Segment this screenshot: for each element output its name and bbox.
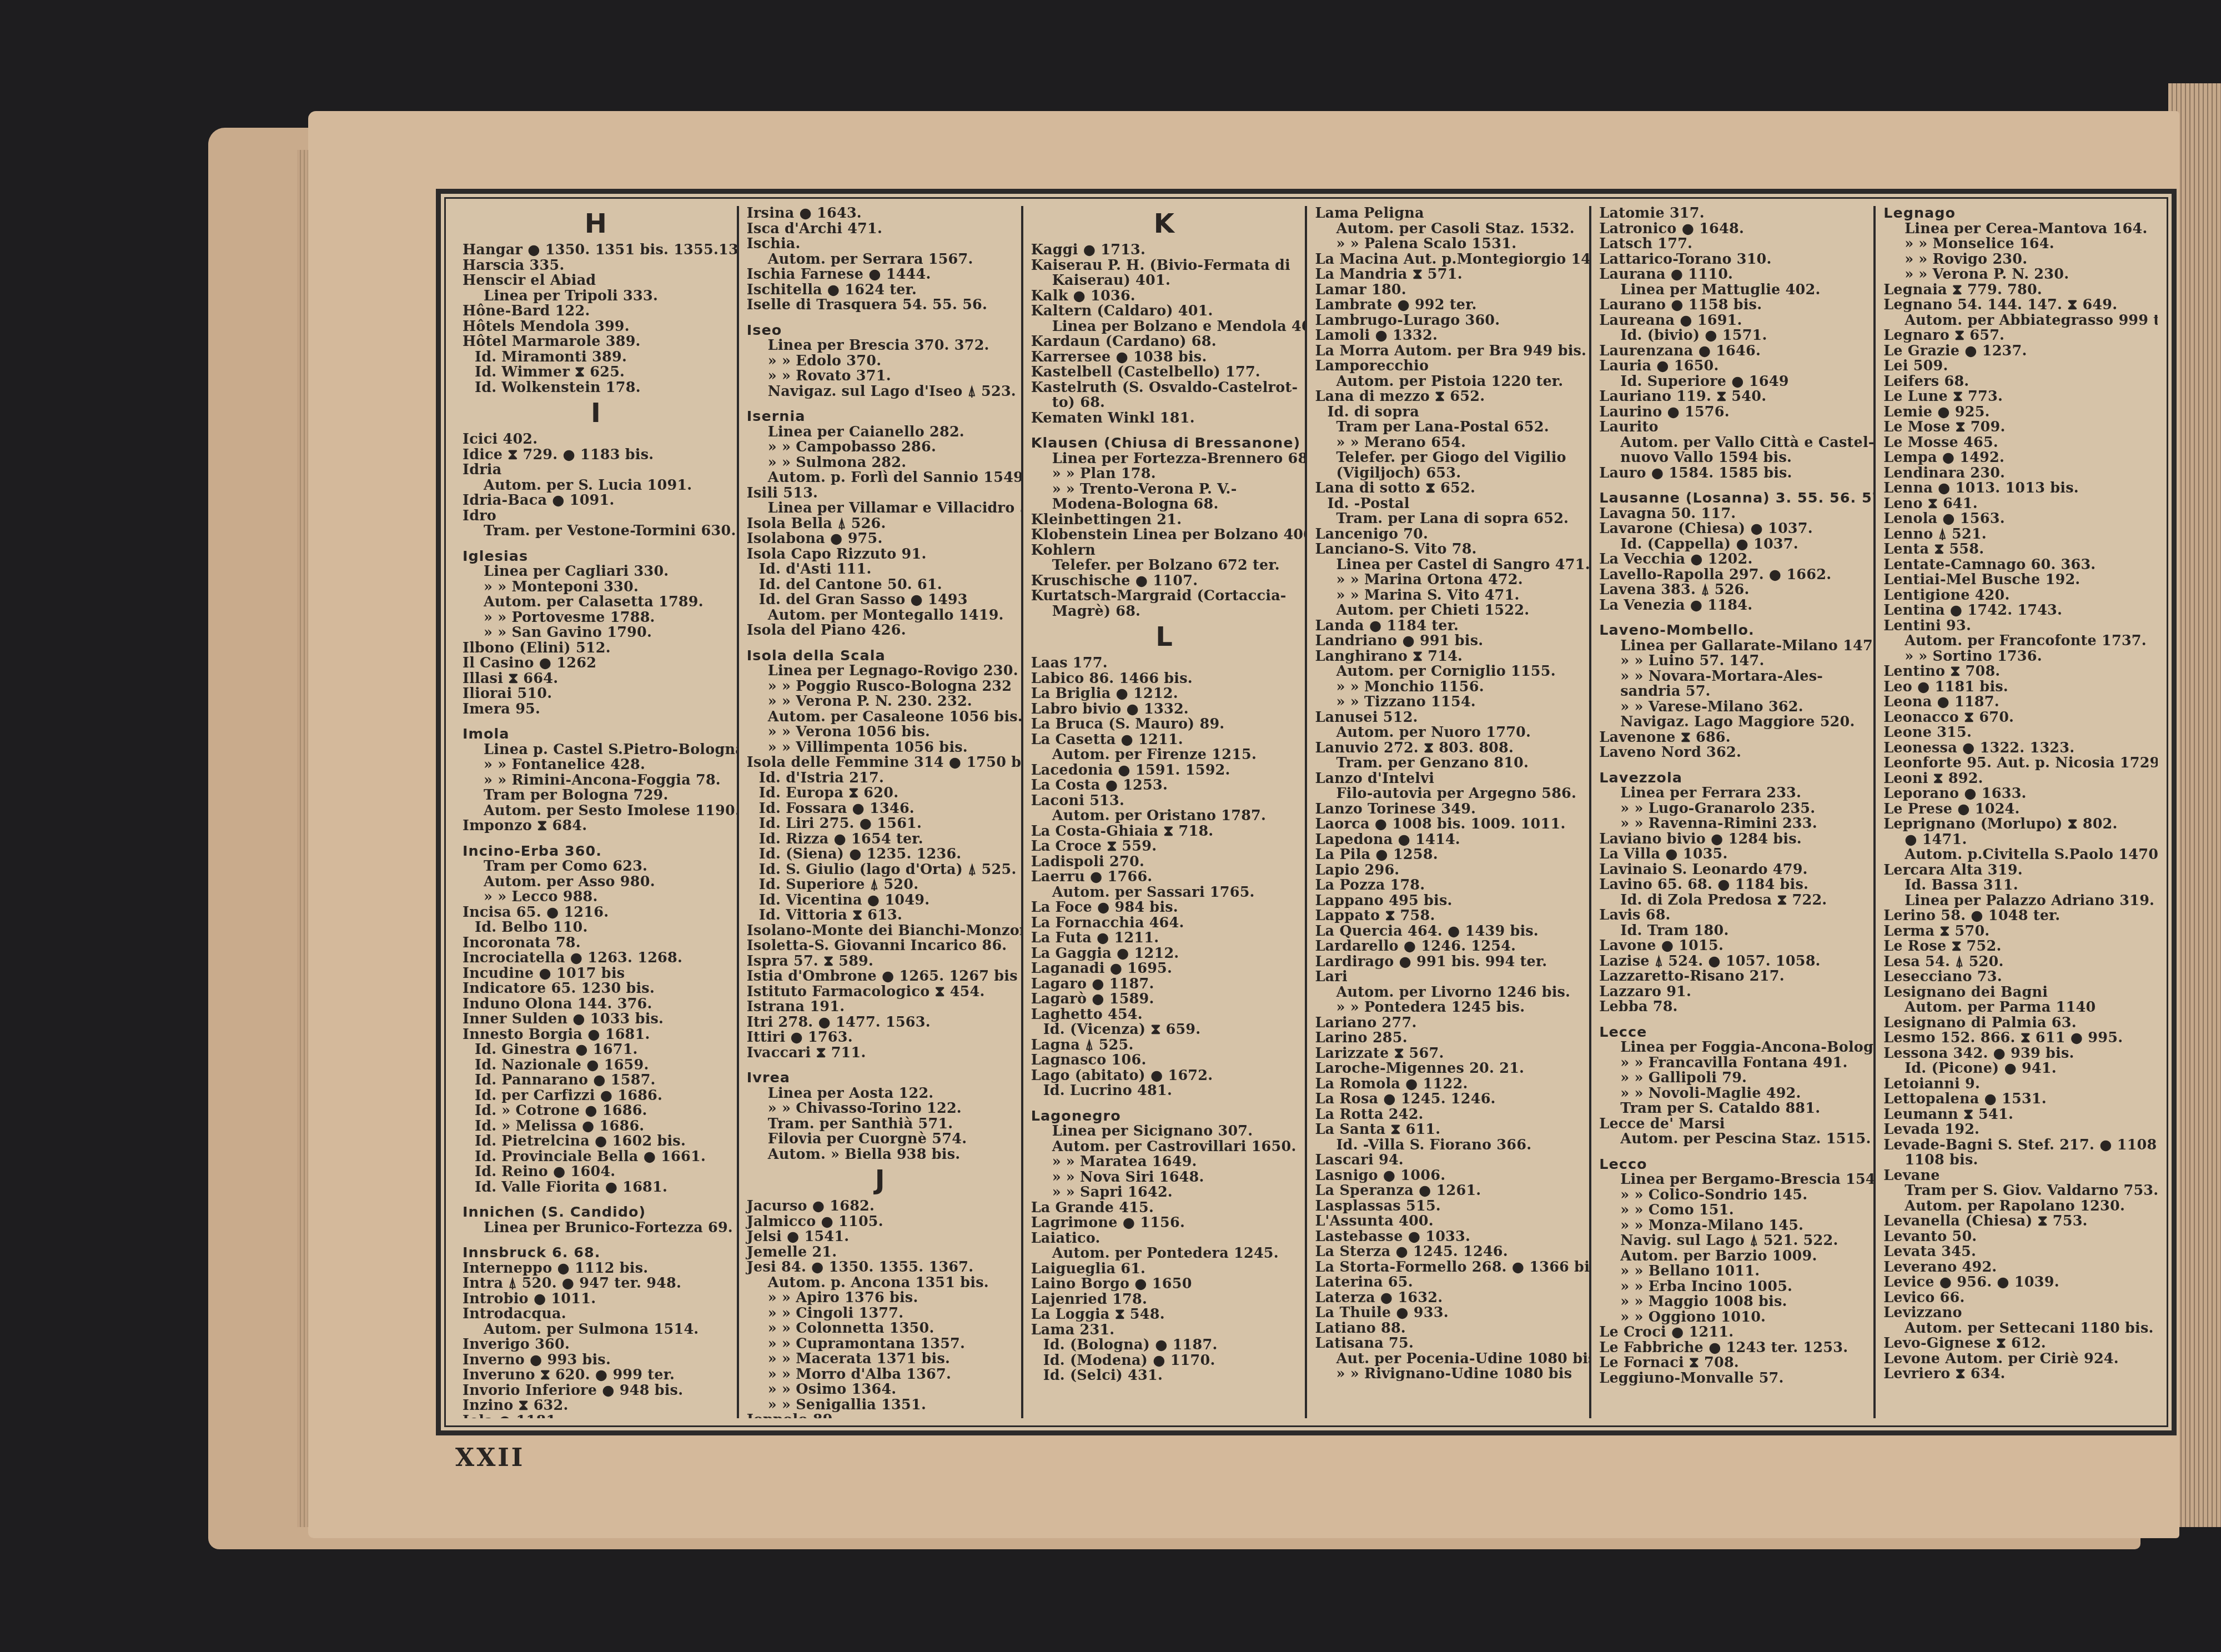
sub-entry: Autom. per Corniglio 1155. <box>1315 664 1581 680</box>
station-entry: Introbio ● 1011. <box>463 1292 729 1307</box>
sub-entry: » » Rivignano-Udine 1080 bis <box>1315 1367 1581 1382</box>
sub-entry: Id. Provinciale Bella ● 1661. <box>463 1149 729 1165</box>
station-entry: Larino 285. <box>1315 1031 1581 1046</box>
station-entry: Laurano ● 1158 bis. <box>1599 298 1866 313</box>
sub-entry: Id. Valle Fiorita ● 1681. <box>463 1180 729 1196</box>
station-heading: Imola <box>463 727 729 742</box>
station-entry: Levico 66. <box>1883 1291 2150 1306</box>
station-heading: Incino-Erba 360. <box>463 844 729 860</box>
station-entry: Legnano 54. 144. 147. ⧗ 649. <box>1883 298 2150 313</box>
station-entry: Lamoli ● 1332. <box>1315 328 1581 344</box>
station-entry: La Casetta ● 1211. <box>1031 732 1298 748</box>
sub-entry: » » Sulmona 282. <box>747 455 1013 471</box>
station-entry: Lardirago ● 991 bis. 994 ter. <box>1315 955 1581 970</box>
sub-entry: Id. Miramonti 389. <box>463 350 729 365</box>
station-entry: Leo ● 1181 bis. <box>1883 680 2150 695</box>
sub-entry: Id. (bivio) ● 1571. <box>1599 328 1866 344</box>
station-entry: La Costa-Ghiaia ⧗ 718. <box>1031 824 1298 840</box>
sub-entry: Id. » Melissa ● 1686. <box>463 1119 729 1134</box>
station-entry: Lavino 65. 68. ● 1184 bis. <box>1599 877 1866 893</box>
station-entry: Laiatico. <box>1031 1231 1298 1247</box>
station-entry: Intra ⍋ 520. ● 947 ter. 948. <box>463 1276 729 1292</box>
station-heading: Lecco <box>1599 1157 1866 1173</box>
station-entry: La Mandria ⧗ 571. <box>1315 267 1581 283</box>
station-entry: Lagrimone ● 1156. <box>1031 1216 1298 1231</box>
station-heading: Innsbruck 6. 68. <box>463 1246 729 1261</box>
sub-entry: Id. (Selci) 431. <box>1031 1368 1298 1384</box>
sub-entry: Autom. p. Ancona 1351 bis. <box>747 1276 1013 1291</box>
station-entry: Latiano 88. <box>1315 1321 1581 1337</box>
sub-entry: Linea per Cerea-Mantova 164. <box>1883 222 2150 237</box>
sub-entry: Id. Bassa 311. <box>1883 878 2150 893</box>
station-entry: Latisana 75. <box>1315 1336 1581 1352</box>
station-entry: Iliorai 510. <box>463 686 729 702</box>
station-entry: Lentini 93. <box>1883 619 2150 634</box>
sub-entry: » » Lugo-Granarolo 235. <box>1599 801 1866 817</box>
sub-entry: Tram per S. Cataldo 881. <box>1599 1101 1866 1117</box>
station-entry: Leonforte 95. Aut. p. Nicosia 1729. <box>1883 756 2150 771</box>
station-heading: Isola della Scala <box>747 649 1013 664</box>
station-entry: La Morra Autom. per Bra 949 bis. <box>1315 344 1581 359</box>
sub-entry: » » Fontanelice 428. <box>463 757 729 773</box>
station-entry: Lacedonia ● 1591. 1592. <box>1031 763 1298 779</box>
station-entry: Joppolo 89. <box>747 1413 1013 1418</box>
station-heading: Lagonegro <box>1031 1109 1298 1124</box>
station-entry: Inverigo 360. <box>463 1337 729 1353</box>
station-entry: Lavagna 50. 117. <box>1599 506 1866 522</box>
station-entry: Lappato ⧗ 758. <box>1315 908 1581 924</box>
station-entry: Idria <box>463 463 729 478</box>
station-entry: Le Croci ● 1211. <box>1599 1325 1866 1340</box>
sub-entry: Telefer. per Bolzano 672 ter. <box>1031 558 1298 574</box>
station-entry: Lauro ● 1584. 1585 bis. <box>1599 466 1866 481</box>
station-entry: Laterina 65. <box>1315 1275 1581 1291</box>
sub-entry: » » Maggio 1008 bis. <box>1599 1294 1866 1310</box>
sub-entry: Linea per Fortezza-Brennero 68. <box>1031 451 1298 467</box>
station-entry: Indicatore 65. 1230 bis. <box>463 981 729 997</box>
sub-entry: Linea per Villamar e Villacidro 515. <box>747 501 1013 516</box>
station-entry: Landa ● 1184 ter. <box>1315 619 1581 634</box>
sub-entry: Tram. per Vestone-Tormini 630. <box>463 524 729 539</box>
station-entry: Legnaia ⧗ 779. 780. <box>1883 283 2150 298</box>
sub-entry: Id. Superiore ● 1649 <box>1599 374 1866 390</box>
station-entry: Inveruno ⧗ 620. ● 999 ter. <box>463 1368 729 1383</box>
sub-entry: Id. Reino ● 1604. <box>463 1164 729 1180</box>
sub-entry: Linea per Sicignano 307. <box>1031 1124 1298 1139</box>
station-entry: Istrana 191. <box>747 1000 1013 1015</box>
sub-entry: » » Plan 178. <box>1031 466 1298 482</box>
station-entry: Le Grazie ● 1237. <box>1883 344 2150 359</box>
station-entry: Lastebasse ● 1033. <box>1315 1229 1581 1245</box>
entry-spacer <box>463 539 729 549</box>
station-entry: La Thuile ● 933. <box>1315 1305 1581 1321</box>
station-entry: Lasplassas 515. <box>1315 1199 1581 1214</box>
sub-entry: Id. del Gran Sasso ● 1493 <box>747 592 1013 608</box>
sub-entry: » » Como 151. <box>1599 1203 1866 1218</box>
station-entry: La Bruca (S. Mauro) 89. <box>1031 717 1298 732</box>
station-entry: Laurino ● 1576. <box>1599 405 1866 420</box>
station-entry: Lascari 94. <box>1315 1153 1581 1168</box>
sub-entry: Id. S. Giulio (lago d'Orta) ⍋ 525. <box>747 862 1013 878</box>
station-entry: La Pozza 178. <box>1315 878 1581 893</box>
station-entry: Ischia Farnese ● 1444. <box>747 267 1013 283</box>
sub-entry: Linea per Legnago-Rovigo 230. <box>747 664 1013 679</box>
sub-entry: Id. (Bologna) ● 1187. <box>1031 1338 1298 1353</box>
station-entry: Laas 177. <box>1031 656 1298 671</box>
sub-entry: Linea per Foggia-Ancona-Bologna 78 <box>1599 1040 1866 1056</box>
station-entry: Levanto 50. <box>1883 1229 2150 1245</box>
station-entry: La Rosa ● 1245. 1246. <box>1315 1092 1581 1107</box>
sub-entry: Id. (Siena) ● 1235. 1236. <box>747 847 1013 862</box>
station-entry: Le Prese ● 1024. <box>1883 802 2150 817</box>
station-entry: Laveno Nord 362. <box>1599 745 1866 761</box>
station-entry: La Briglia ● 1212. <box>1031 686 1298 702</box>
station-entry: Isolano-Monte dei Bianchi-Monzone 238. <box>747 923 1013 939</box>
sub-entry: Autom. per Livorno 1246 bis. <box>1315 985 1581 1001</box>
sub-entry: Modena-Bologna 68. <box>1031 497 1298 513</box>
station-entry: Lei 509. <box>1883 359 2150 374</box>
station-entry: Incrociatella ● 1263. 1268. <box>463 951 729 966</box>
entry-spacer <box>1599 1015 1866 1025</box>
sub-entry: Id. di Zola Predosa ⧗ 722. <box>1599 893 1866 908</box>
station-entry: Lattarico-Torano 310. <box>1599 252 1866 268</box>
station-entry: Laurana ● 1110. <box>1599 267 1866 283</box>
station-entry: Lesa 54. ⍋ 520. <box>1883 955 2150 970</box>
station-entry: Lesmo 152. 866. ⧗ 611 ● 995. <box>1883 1031 2150 1046</box>
station-entry: Kruschische ● 1107. <box>1031 574 1298 589</box>
sub-entry: Autom. per Pescina Staz. 1515. <box>1599 1132 1866 1147</box>
station-entry: Karrersee ● 1038 bis. <box>1031 350 1298 365</box>
sub-entry: » » Portovesme 1788. <box>463 610 729 626</box>
sub-entry: Navig. sul Lago ⍋ 521. 522. <box>1599 1233 1866 1249</box>
station-entry: Leverano 492. <box>1883 1260 2150 1276</box>
index-columns: HHangar ● 1350. 1351 bis. 1355.1367.Hars… <box>455 206 2158 1418</box>
station-entry: Invorio Inferiore ● 948 bis. <box>463 1383 729 1399</box>
sub-entry: Autom. per Pontedera 1245. <box>1031 1246 1298 1262</box>
station-entry: Leprignano (Morlupo) ⧗ 802. <box>1883 817 2150 832</box>
section-letter-heading: K <box>1031 209 1298 238</box>
station-entry: Legnaro ⧗ 657. <box>1883 328 2150 344</box>
sub-entry: Id. Europa ⧗ 620. <box>747 786 1013 801</box>
sub-entry: to) 68. <box>1031 395 1298 411</box>
sub-entry: Autom. per Calasetta 1789. <box>463 595 729 610</box>
station-entry: Labro bivio ● 1332. <box>1031 702 1298 717</box>
station-entry: Irsina ● 1643. <box>747 206 1013 222</box>
station-entry: Lavis 68. <box>1599 908 1866 923</box>
station-entry: Lavena 383. ⍋ 526. <box>1599 583 1866 598</box>
station-heading: Lavezzola <box>1599 771 1866 786</box>
sub-entry: Tram per Bologna 729. <box>463 788 729 804</box>
entry-spacer <box>1031 1099 1298 1109</box>
sub-entry: » » Rovato 371. <box>747 369 1013 384</box>
sub-entry: Id. Fossara ● 1346. <box>747 801 1013 817</box>
station-entry: Leona ● 1187. <box>1883 695 2150 710</box>
station-entry: Innesto Borgia ● 1681. <box>463 1027 729 1043</box>
station-heading: Lecce <box>1599 1025 1866 1041</box>
station-entry: Laerru ● 1766. <box>1031 870 1298 885</box>
station-entry: Letoianni 9. <box>1883 1077 2150 1092</box>
station-entry: Ladispoli 270. <box>1031 855 1298 870</box>
station-entry: Levriero ⧗ 634. <box>1883 1367 2150 1382</box>
station-entry: Lardarello ● 1246. 1254. <box>1315 939 1581 955</box>
station-entry: Illasi ⧗ 664. <box>463 671 729 687</box>
sub-entry: » » Novara-Mortara-Ales- <box>1599 669 1866 685</box>
sub-entry: Id. Pannarano ● 1587. <box>463 1073 729 1088</box>
sub-entry: » » Palena Scalo 1531. <box>1315 237 1581 252</box>
sub-entry: » » Sapri 1642. <box>1031 1185 1298 1201</box>
station-entry: Isola delle Femmine 314 ● 1750 bis. <box>747 755 1013 771</box>
station-entry: Ittiri ● 1763. <box>747 1030 1013 1046</box>
sub-entry: Autom. per Barzio 1009. <box>1599 1249 1866 1264</box>
sub-entry: Tram per Como 623. <box>463 859 729 875</box>
sub-entry: Autom. per Abbiategrasso 999 ter <box>1883 313 2150 329</box>
sub-entry: » » Oggiono 1010. <box>1599 1310 1866 1325</box>
sub-entry: Id. » Cotrone ● 1686. <box>463 1103 729 1119</box>
sub-entry: » » Cingoli 1377. <box>747 1306 1013 1322</box>
station-entry: Kaiserau P. H. (Bivio-Fermata di <box>1031 258 1298 274</box>
sub-entry: » » Novoli-Maglie 492. <box>1599 1086 1866 1102</box>
station-entry: Kurtatsch-Margraid (Cortaccia- <box>1031 589 1298 604</box>
sub-entry: Linea per Ferrara 233. <box>1599 786 1866 801</box>
station-entry: Lavinaio S. Leonardo 479. <box>1599 862 1866 878</box>
station-heading: Ivrea <box>747 1071 1013 1086</box>
station-entry: Lajenried 178. <box>1031 1292 1298 1308</box>
station-entry: Ivaccari ⧗ 711. <box>747 1046 1013 1061</box>
station-entry: La Fornacchia 464. <box>1031 916 1298 931</box>
station-entry: Imera 95. <box>463 702 729 717</box>
station-entry: Le Rose ⧗ 752. <box>1883 939 2150 955</box>
sub-entry: » » Colico-Sondrio 145. <box>1599 1188 1866 1203</box>
sub-entry: Id. d'Asti 111. <box>747 562 1013 578</box>
sub-entry: Kaiserau) 401. <box>1031 273 1298 289</box>
station-entry: Isili 513. <box>747 486 1013 501</box>
station-entry: Lentino ⧗ 708. <box>1883 664 2150 680</box>
station-entry: Kematen Winkl 181. <box>1031 411 1298 426</box>
sub-entry: Linea per Aosta 122. <box>747 1086 1013 1102</box>
station-entry: La Quercia 464. ● 1439 bis. <box>1315 924 1581 940</box>
sub-entry: » » Varese-Milano 362. <box>1599 700 1866 715</box>
sub-entry: Id. Wimmer ⧗ 625. <box>463 365 729 380</box>
station-entry: Langhirano ⧗ 714. <box>1315 649 1581 665</box>
station-entry: Lenna ● 1013. 1013 bis. <box>1883 481 2150 496</box>
sub-entry: Tram. per Lana di sopra 652. <box>1315 511 1581 527</box>
station-entry: Klobenstein Linea per Bolzano 400 <box>1031 528 1298 543</box>
sub-entry: » » Cupramontana 1357. <box>747 1337 1013 1352</box>
station-entry: Isola del Piano 426. <box>747 623 1013 639</box>
sub-entry: » » Osimo 1364. <box>747 1382 1013 1398</box>
station-entry: Levone Autom. per Ciriè 924. <box>1883 1352 2150 1367</box>
section-letter-heading: L <box>1031 622 1298 651</box>
entry-spacer <box>463 834 729 844</box>
station-entry: Le Lune ⧗ 773. <box>1883 389 2150 405</box>
sub-entry: » » Tizzano 1154. <box>1315 695 1581 710</box>
station-entry: Idro <box>463 509 729 524</box>
station-entry: Lappano 495 bis. <box>1315 893 1581 909</box>
station-entry: Levice ● 956. ● 1039. <box>1883 1275 2150 1291</box>
station-entry: Levizzano <box>1883 1305 2150 1321</box>
station-entry: Lanzo Torinese 349. <box>1315 802 1581 817</box>
sub-entry: Id. Pietrelcina ● 1602 bis. <box>463 1134 729 1149</box>
sub-entry: » » Luino 57. 147. <box>1599 654 1866 669</box>
sub-entry: Id. -Postal <box>1315 496 1581 512</box>
index-column-3: KKaggi ● 1713.Kaiserau P. H. (Bivio-Ferm… <box>1023 206 1308 1418</box>
sub-entry: Id. Vittoria ⧗ 613. <box>747 908 1013 923</box>
sub-entry: Id. Belbo 110. <box>463 920 729 936</box>
sub-entry: Tram. per Santhià 571. <box>747 1117 1013 1132</box>
station-entry: Kastelruth (S. Osvaldo-Castelrot- <box>1031 380 1298 396</box>
station-entry: Leifers 68. <box>1883 374 2150 390</box>
station-entry: Laghetto 454. <box>1031 1007 1298 1023</box>
station-entry: La Romola ● 1122. <box>1315 1077 1581 1092</box>
station-entry: Lazzaro 91. <box>1599 985 1866 1000</box>
station-entry: La Macina Aut. p.Montegiorgio 1402 <box>1315 252 1581 268</box>
station-entry: Incisa 65. ● 1216. <box>463 905 729 921</box>
station-entry: Larizzate ⧗ 567. <box>1315 1046 1581 1062</box>
sub-entry: Autom. per Serrara 1567. <box>747 252 1013 268</box>
station-entry: Induno Olona 144. 376. <box>463 997 729 1012</box>
station-entry: Lerma ⧗ 570. <box>1883 924 2150 940</box>
station-entry: Lana di mezzo ⧗ 652. <box>1315 389 1581 405</box>
station-entry: Idria-Baca ● 1091. <box>463 493 729 509</box>
station-entry: Leoni ⧗ 892. <box>1883 771 2150 787</box>
sub-entry: Autom. per Sulmona 1514. <box>463 1322 729 1338</box>
sub-entry: Linea per Castel di Sangro 471. <box>1315 558 1581 573</box>
sub-entry: 1108 bis. <box>1883 1153 2150 1168</box>
sub-entry: Id. (Cappella) ● 1037. <box>1599 537 1866 553</box>
sub-entry: » » Francavilla Fontana 491. <box>1599 1056 1866 1071</box>
station-entry: Hône-Bard 122. <box>463 304 729 319</box>
station-entry: Istia d'Ombrone ● 1265. 1267 bis <box>747 969 1013 985</box>
station-entry: Kohlern <box>1031 543 1298 559</box>
station-entry: Lancenigo 70. <box>1315 527 1581 543</box>
station-entry: Labico 86. 1466 bis. <box>1031 671 1298 687</box>
sub-entry: Filovia per Cuorgnè 574. <box>747 1132 1013 1147</box>
sub-entry: Id. Vicentina ● 1049. <box>747 893 1013 908</box>
station-entry: La Sterza ● 1245. 1246. <box>1315 1244 1581 1260</box>
station-entry: Laroche-Migennes 20. 21. <box>1315 1061 1581 1077</box>
sub-entry: Id. (Vicenza) ⧗ 659. <box>1031 1022 1298 1038</box>
sub-entry: » » Pontedera 1245 bis. <box>1315 1000 1581 1016</box>
station-entry: Lapedona ● 1414. <box>1315 832 1581 848</box>
station-entry: Kaggi ● 1713. <box>1031 243 1298 258</box>
sub-entry: Autom. per Pistoia 1220 ter. <box>1315 374 1581 390</box>
station-entry: Kaltern (Caldaro) 401. <box>1031 304 1298 319</box>
station-entry: La Santa ⧗ 611. <box>1315 1122 1581 1138</box>
station-entry: Lavello-Rapolla 297. ● 1662. <box>1599 568 1866 583</box>
station-entry: Lariano 277. <box>1315 1016 1581 1031</box>
index-frame: HHangar ● 1350. 1351 bis. 1355.1367.Hars… <box>436 189 2177 1435</box>
station-entry: Levade-Bagni S. Stef. 217. ● 1108. <box>1883 1138 2150 1153</box>
sub-entry: » » Sortino 1736. <box>1883 649 2150 665</box>
station-entry: La Croce ⧗ 559. <box>1031 839 1298 855</box>
sub-entry: Autom. per Settecani 1180 bis. <box>1883 1321 2150 1337</box>
station-entry: Jalmicco ● 1105. <box>747 1214 1013 1230</box>
sub-entry: sandria 57. <box>1599 684 1866 700</box>
sub-entry: » » Erba Incino 1005. <box>1599 1279 1866 1295</box>
station-entry: Le Mosse 465. <box>1883 435 2150 451</box>
station-entry: Lama Peligna <box>1315 206 1581 222</box>
sub-entry: Tram per Lana-Postal 652. <box>1315 420 1581 435</box>
station-heading: Laveno-Mombello. <box>1599 623 1866 639</box>
station-heading: Isernia <box>747 409 1013 425</box>
sub-entry: » » Rimini-Ancona-Foggia 78. <box>463 773 729 789</box>
station-entry: Ispra 57. ⧗ 589. <box>747 954 1013 970</box>
station-entry: Lettopalena ● 1531. <box>1883 1092 2150 1107</box>
station-entry: Lesignano di Palmia 63. <box>1883 1016 2150 1031</box>
sub-entry: » » Morro d'Alba 1367. <box>747 1367 1013 1383</box>
station-heading: Klausen (Chiusa di Bressanone) <box>1031 436 1298 451</box>
sub-entry: » » Trento-Verona P. V.- <box>1031 482 1298 498</box>
sub-entry: » » Rovigo 230. <box>1883 252 2150 268</box>
station-entry: Lecce de' Marsi <box>1599 1117 1866 1132</box>
station-entry: Leno ⧗ 641. <box>1883 496 2150 512</box>
sub-entry: Id. di sopra <box>1315 405 1581 420</box>
index-column-2: Irsina ● 1643.Isca d'Archi 471.Ischia.Au… <box>739 206 1023 1418</box>
station-entry: Laconi 513. <box>1031 794 1298 809</box>
sub-entry: Autom. per Nuoro 1770. <box>1315 725 1581 741</box>
station-entry: Lari <box>1315 970 1581 985</box>
station-entry: Lanzo d'Intelvi <box>1315 771 1581 787</box>
sub-entry: ● 1471. <box>1883 832 2150 848</box>
station-entry: Laigueglia 61. <box>1031 1262 1298 1277</box>
station-entry: Imponzo ⧗ 684. <box>463 819 729 834</box>
index-column-5: Latomie 317.Latronico ● 1648.Latsch 177.… <box>1591 206 1876 1418</box>
station-entry: La Vecchia ● 1202. <box>1599 552 1866 568</box>
station-entry: Laino Borgo ● 1650 <box>1031 1277 1298 1292</box>
page-number: XXII <box>455 1444 525 1472</box>
station-entry: Lesecciano 73. <box>1883 970 2150 985</box>
sub-entry: Filo-autovia per Argegno 586. <box>1315 786 1581 802</box>
station-entry: Lamar 180. <box>1315 283 1581 298</box>
station-heading: Iglesias <box>463 549 729 565</box>
sub-entry: » » Monteponi 330. <box>463 580 729 595</box>
station-entry: Lentina ● 1742. 1743. <box>1883 603 2150 619</box>
station-entry: Interneppo ● 1112 bis. <box>463 1261 729 1277</box>
station-entry: Il Casino ● 1262 <box>463 656 729 671</box>
station-entry: Laviano bivio ● 1284 bis. <box>1599 832 1866 847</box>
sub-entry: » » Villimpenta 1056 bis. <box>747 740 1013 756</box>
station-entry: Incudine ● 1017 bis <box>463 966 729 982</box>
sub-entry: Id. Rizza ● 1654 ter. <box>747 832 1013 847</box>
sub-entry: nuovo Vallo 1594 bis. <box>1599 450 1866 466</box>
station-entry: Levada 192. <box>1883 1122 2150 1138</box>
sub-entry: » » Monza-Milano 145. <box>1599 1218 1866 1234</box>
sub-entry: » » Nova Siri 1648. <box>1031 1170 1298 1186</box>
station-entry: Kalk ● 1036. <box>1031 289 1298 304</box>
station-entry: Henscir el Abiad <box>463 273 729 289</box>
station-entry: Levanella (Chiesa) ⧗ 753. <box>1883 1214 2150 1229</box>
station-entry: Latronico ● 1648. <box>1599 222 1866 237</box>
station-entry: Inner Sulden ● 1033 bis. <box>463 1012 729 1027</box>
entry-spacer <box>1599 761 1866 771</box>
sub-entry: Autom. per Parma 1140 <box>1883 1000 2150 1016</box>
station-entry: Lagaro ● 1187. <box>1031 977 1298 992</box>
sub-entry: Linea per Gallarate-Milano 147. <box>1599 639 1866 654</box>
sub-entry: » » Ravenna-Rimini 233. <box>1599 816 1866 832</box>
station-entry: Lama 231. <box>1031 1323 1298 1338</box>
sub-entry: » » Marina Ortona 472. <box>1315 573 1581 588</box>
station-entry: Levane <box>1883 1168 2150 1184</box>
station-entry: Leone 315. <box>1883 725 2150 741</box>
station-entry: Laureana ● 1691. <box>1599 313 1866 329</box>
station-entry: Incoronata 78. <box>463 936 729 951</box>
station-heading: Iseo <box>747 323 1013 339</box>
station-entry: Lessona 342. ● 939 bis. <box>1883 1046 2150 1062</box>
sub-entry: » » Macerata 1371 bis. <box>747 1352 1013 1367</box>
station-entry: Iola ● 1181. <box>463 1414 729 1419</box>
station-entry: La Rotta 242. <box>1315 1107 1581 1123</box>
station-entry: La Grande 415. <box>1031 1201 1298 1216</box>
